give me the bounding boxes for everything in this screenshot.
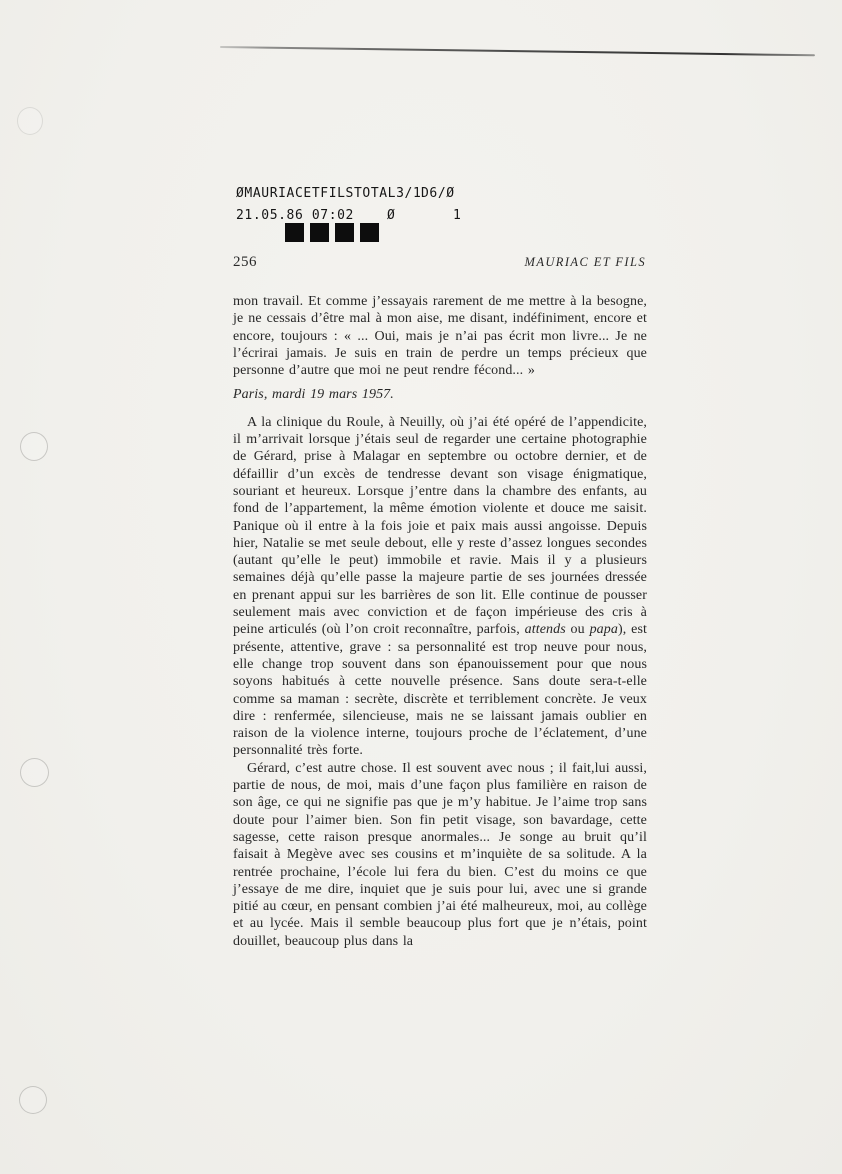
- journal-entry-paragraph-2: Gérard, c’est autre chose. Il est souven…: [233, 760, 647, 950]
- scanned-book-page: ØMAURIACETFILSTOTAL3/1 D6/Ø 21.05.86 07:…: [0, 0, 842, 1174]
- registration-mark: [310, 223, 329, 242]
- punch-hole: [19, 1086, 47, 1114]
- paragraph-continuation: mon travail. Et comme j’essayais raremen…: [233, 293, 647, 379]
- registration-mark: [285, 223, 304, 242]
- journal-entry-paragraph-1: A la clinique du Roule, à Neuilly, où j’…: [233, 414, 647, 760]
- typesetter-file-code: ØMAURIACETFILSTOTAL3/1: [236, 186, 421, 201]
- punch-hole: [17, 107, 43, 135]
- typesetter-datetime: 21.05.86 07:02: [236, 208, 354, 223]
- punch-hole: [20, 432, 48, 461]
- typesetter-counter-right: 1: [453, 208, 461, 223]
- italic-word-attends: attends: [525, 622, 566, 637]
- registration-mark: [360, 223, 379, 242]
- paragraph-text-segment: ou: [566, 622, 590, 637]
- italic-word-papa: papa: [590, 622, 618, 637]
- registration-marks: [285, 223, 379, 242]
- paragraph-text-segment: A la clinique du Roule, à Neuilly, où j’…: [233, 415, 647, 638]
- scan-top-edge-line: [220, 46, 815, 56]
- typesetter-counter-left: Ø: [387, 208, 395, 223]
- running-header: 256 MAURIAC ET FILS: [233, 253, 646, 271]
- paragraph-text-segment: ), est présente, attentive, grave : sa p…: [233, 622, 647, 758]
- journal-date-heading: Paris, mardi 19 mars 1957.: [233, 386, 647, 403]
- page-number: 256: [233, 254, 257, 271]
- punch-hole: [20, 758, 49, 787]
- typesetter-sheet-code: D6/Ø: [421, 186, 455, 201]
- registration-mark: [335, 223, 354, 242]
- body-text-block: mon travail. Et comme j’essayais raremen…: [233, 293, 647, 950]
- running-title: MAURIAC ET FILS: [525, 253, 646, 270]
